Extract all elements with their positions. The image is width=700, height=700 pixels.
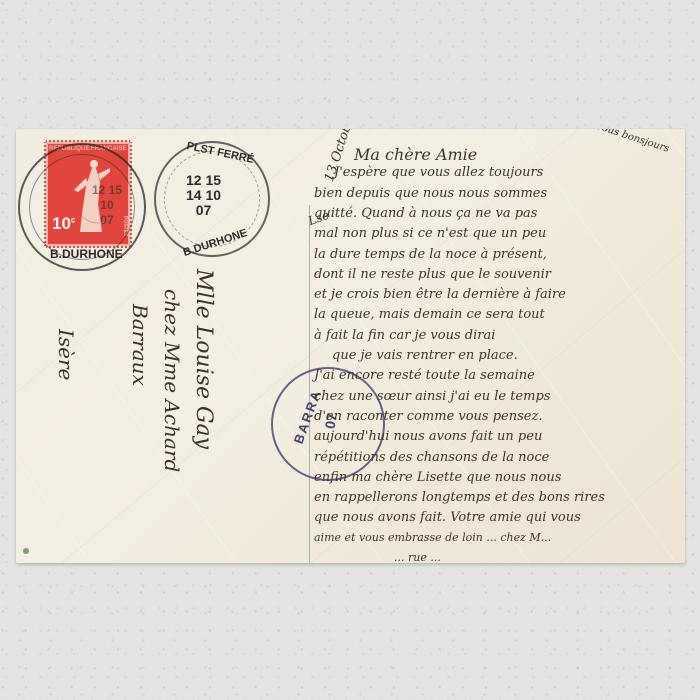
message-line: mal non plus si ce n'est que un peu [314,226,546,241]
handwritten-message: Ma chère AmieJ'espère que vous allez tou… [314,139,684,563]
message-line: répétitions des chansons de la noce [314,450,549,465]
message-line: chez une sœur ainsi j'ai eu le temps [314,389,550,404]
postmark-left-date: 12 151007 [92,183,122,228]
message-line: J'espère que vous allez toujours [334,165,543,180]
postmark-center-region: B.DURHONE [182,227,249,259]
address-care-of: chez Mme Achard [160,289,184,472]
message-line: J'ai encore resté toute la semaine [314,368,535,383]
message-line: quitté. Quand à nous ça ne va pas [314,206,537,221]
message-line: d'en raconter comme vous pensez. [314,409,542,424]
postmark-center: PLST FERRÉ 12 1514 1007 B.DURHONE [154,141,270,257]
message-line: enfin ma chère Lisette que nous nous [314,470,561,485]
message-line: la dure temps de la noce à présent, [314,247,547,262]
message-line: aujourd'hui nous avons fait un peu [314,429,542,444]
postmark-center-town: PLST FERRÉ [186,140,255,166]
postmark-left: B.DURHONE 12 151007 [18,143,146,271]
message-line: aime et vous embrasse de loin ... chez M… [314,531,551,544]
message-line: Ma chère Amie [354,145,477,164]
address-department: Isère [54,329,78,380]
message-line: bien depuis que nous nous sommes [314,186,547,201]
postmark-center-date: 12 1514 1007 [186,173,221,218]
message-line: que je vais rentrer en place. [332,348,518,363]
corner-mark [23,548,29,554]
address-town: Barraux [128,304,152,386]
address-recipient: Mlle Louise Gay [191,269,216,449]
message-line: en rappellerons longtemps et des bons ri… [314,490,605,505]
message-line: ... rue ... [394,551,441,563]
postcard: REPUBLIQUE FRANCAISE 10c POSTES B.DURHON… [16,129,685,563]
message-line: dont il ne reste plus que le souvenir [314,267,551,282]
message-line: que nous avons fait. Votre amie qui vous [314,510,581,525]
message-line: la queue, mais demain ce sera tout [314,307,545,322]
message-line: à fait la fin car je vous dirai [314,328,495,343]
postmark-left-town: B.DURHONE [50,247,123,261]
message-line: et je crois bien être la dernière à fair… [314,287,566,302]
